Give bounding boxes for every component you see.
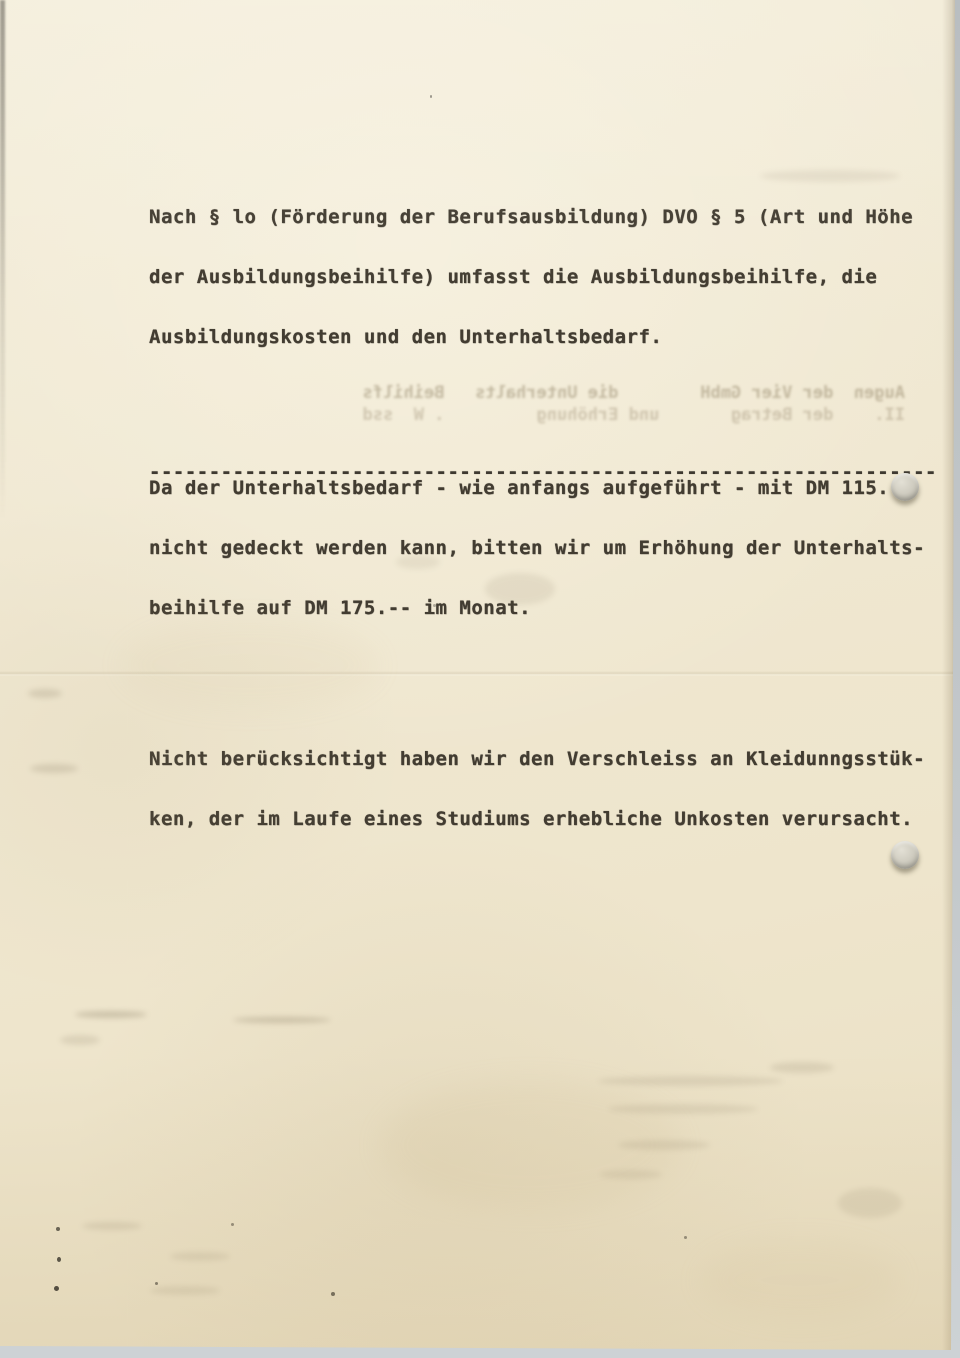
paper-speck [57,1257,61,1262]
document-page: Nach § lo (Förderung der Berufsausbildun… [0,0,960,1352]
text-line: ken, der im Laufe eines Studiums erhebli… [149,809,949,829]
paper-smudge [600,1170,662,1179]
paper-speck [430,95,432,98]
paper-stain [700,1240,900,1320]
paper-speck [155,1282,158,1285]
text-line: Nach § lo (Förderung der Berufsausbildun… [149,207,949,227]
page-right-edge-shadow [942,0,958,1352]
bleedthrough-ghost-text: Augen der Vier GmbH die Unterhalts Beihi… [260,383,905,404]
paper-smudge [233,1017,331,1023]
paper-speck [433,604,436,607]
text-line: beihilfe auf DM 175.-- im Monat. [149,598,949,618]
paper-smudge [396,555,440,569]
page-left-edge-shadow [0,0,5,520]
paper-speck [231,1223,234,1226]
paper-speck [56,1227,60,1231]
text-line: der Ausbildungsbeihilfe) umfasst die Aus… [149,267,949,287]
paper-stain [120,620,380,710]
paper-smudge [75,1011,147,1018]
scan-backdrop: { "scan": { "kind": "scanned typewritten… [0,0,960,1358]
paragraph-1: Nach § lo (Förderung der Berufsausbildun… [149,167,949,387]
paper-speck [54,1286,59,1291]
paper-smudge [150,1286,220,1295]
paper-smudge [82,1222,142,1230]
paper-smudge [60,1035,100,1045]
typed-dashed-divider: ----------------------------------------… [149,462,937,482]
text-line: Nicht berücksichtigt haben wir den Versc… [149,749,949,769]
paper-smudge [170,1252,230,1261]
punch-hole-top [891,473,919,501]
paper-smudge [838,1188,902,1218]
paper-smudge [760,170,900,182]
paragraph-3: Nicht berücksichtigt haben wir den Versc… [149,709,949,869]
paper-smudge [485,573,555,605]
paper-smudge [28,689,62,698]
text-line: nicht gedeckt werden kann, bitten wir um… [149,538,949,558]
paper-smudge [618,1140,710,1150]
paper-smudge [598,1076,783,1086]
paper-speck [331,1292,335,1296]
text-line: Ausbildungskosten und den Unterhaltsbeda… [149,327,949,347]
paper-smudge [608,1104,758,1114]
bleedthrough-ghost-text: II. der Betrag und Erhöhung . W ssd [260,405,905,426]
punch-hole-bottom [891,841,919,869]
letter-body-text: Nach § lo (Förderung der Berufsausbildun… [149,127,949,920]
paper-smudge [770,1062,834,1073]
paper-speck [684,1236,687,1239]
paper-smudge [30,764,78,773]
